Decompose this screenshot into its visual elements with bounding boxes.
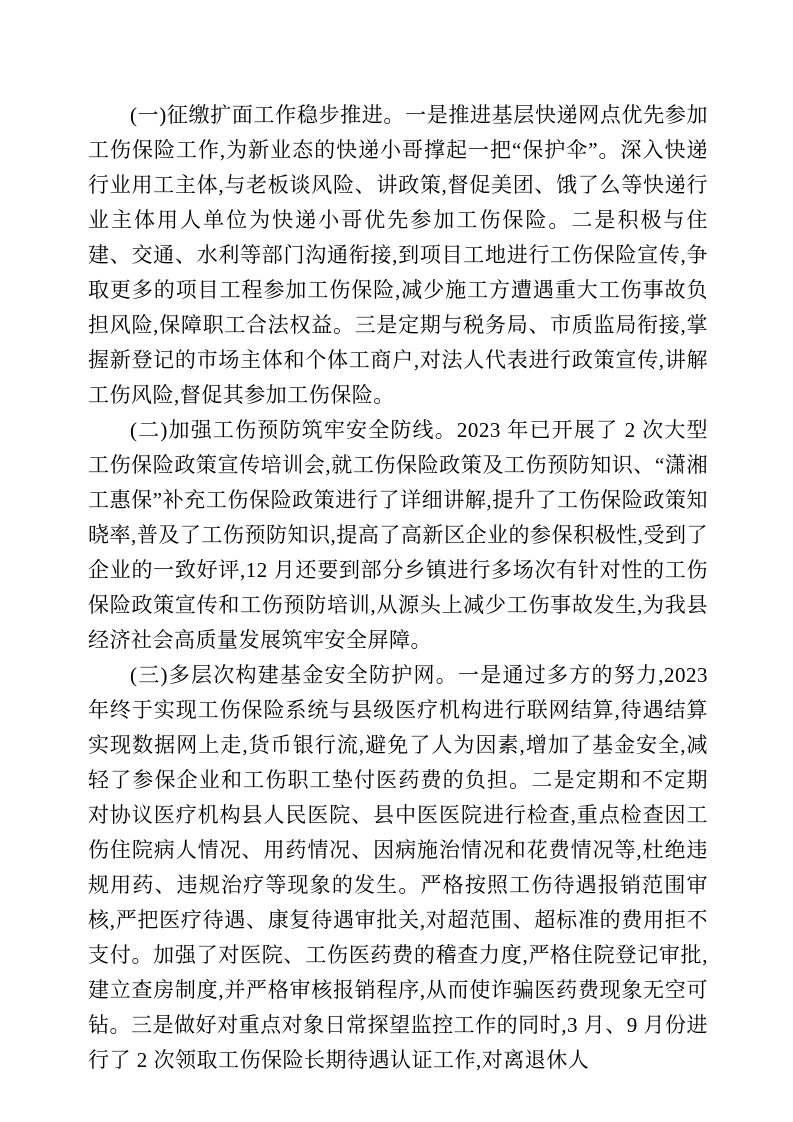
paragraph-3-fund-safety-net: (三)多层次构建基金安全防护网。一是通过多方的努力,2023 年终于实现工伤保险… <box>88 658 708 1078</box>
document-page: (一)征缴扩面工作稳步推进。一是推进基层快递网点优先参加工伤保险工作,为新业态的… <box>0 0 793 1122</box>
document-text-block: (一)征缴扩面工作稳步推进。一是推进基层快递网点优先参加工伤保险工作,为新业态的… <box>88 98 708 1078</box>
paragraph-2-injury-prevention: (二)加强工伤预防筑牢安全防线。2023 年已开展了 2 次大型工伤保险政策宣传… <box>88 413 708 658</box>
paragraph-1-collection-expansion: (一)征缴扩面工作稳步推进。一是推进基层快递网点优先参加工伤保险工作,为新业态的… <box>88 98 708 413</box>
